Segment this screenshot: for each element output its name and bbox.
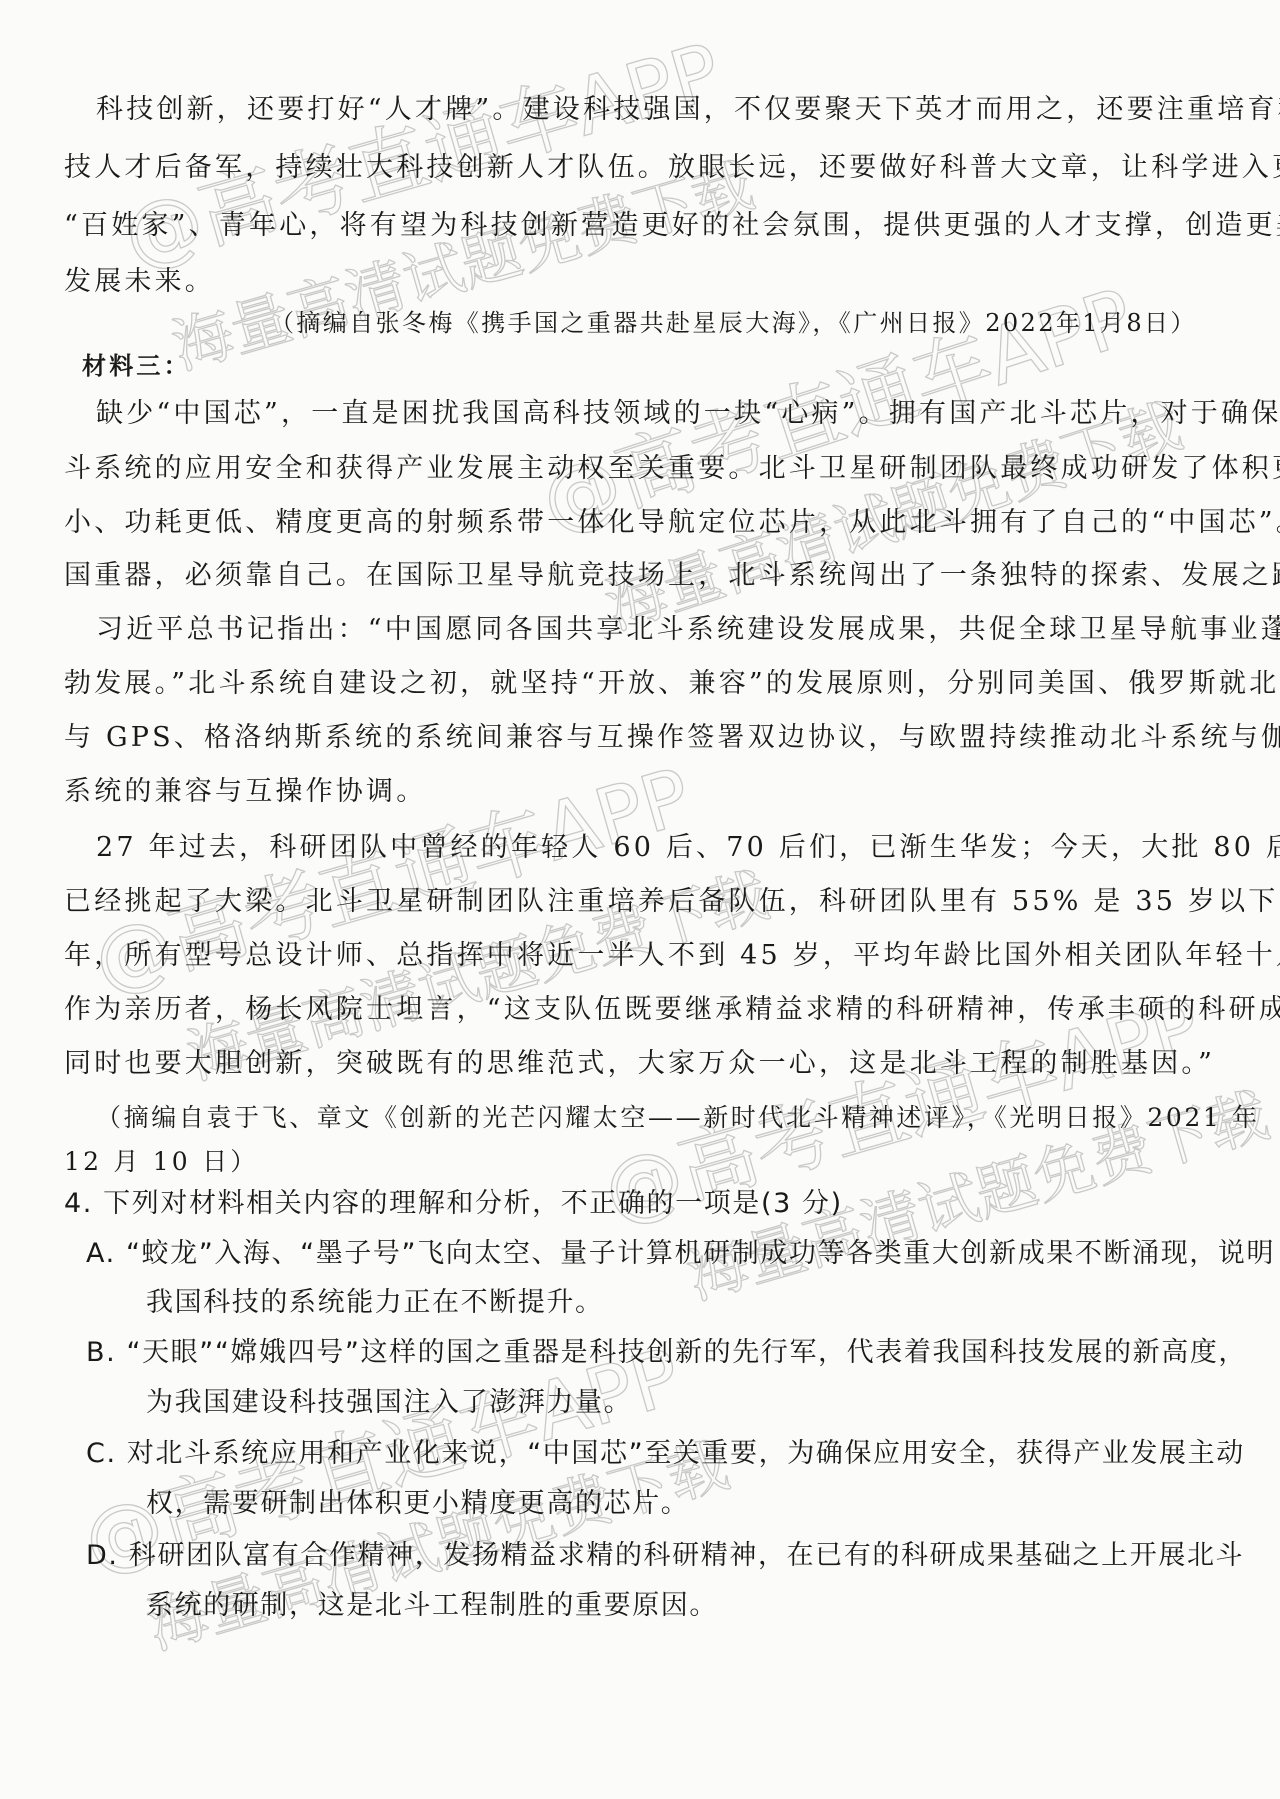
paragraph-line: 发展未来。 [64, 266, 215, 298]
section-heading: 材料三： [82, 350, 191, 382]
paragraph-line: 作为亲历者，杨长风院士坦言，“这支队伍既要继承精益求精的科研精神，传承丰硕的科研… [64, 994, 1280, 1026]
paragraph-line: 勃发展。”北斗系统自建设之初，就坚持“开放、兼容”的发展原则，分别同美国、俄罗斯… [64, 668, 1280, 700]
paragraph-line: 与 GPS、格洛纳斯系统的系统间兼容与互操作签署双边协议，与欧盟持续推动北斗系统… [64, 722, 1280, 754]
paragraph-line: 斗系统的应用安全和获得产业发展主动权至关重要。北斗卫星研制团队最终成功研发了体积… [64, 453, 1280, 485]
q4-option-c: C. 对北斗系统应用和产业化来说，“中国芯”至关重要，为确保应用安全，获得产业发… [86, 1438, 1245, 1470]
q4-option-d: D. 科研团队富有合作精神，发扬精益求精的科研精神，在已有的科研成果基础之上开展… [86, 1540, 1244, 1572]
q4-option-c-cont: 权，需要研制出体积更小精度更高的芯片。 [146, 1488, 689, 1520]
q4-option-b: B. “天眼”“嫦娥四号”这样的国之重器是科技创新的先行军，代表着我国科技发展的… [86, 1337, 1247, 1369]
paragraph-line: 已经挑起了大梁。北斗卫星研制团队注重培养后备队伍，科研团队里有 55% 是 35… [64, 886, 1280, 918]
paragraph-line: 科技创新，还要打好“人才牌”。建设科技强国，不仅要聚天下英才而用之，还要注重培育… [96, 94, 1280, 126]
paragraph-line: 同时也要大胆创新，突破既有的思维范式，大家万众一心，这是北斗工程的制胜基因。” [64, 1048, 1215, 1080]
paragraph-line: 年，所有型号总设计师、总指挥中将近一半人不到 45 岁，平均年龄比国外相关团队年… [64, 940, 1280, 972]
question-4-stem: 4. 下列对材料相关内容的理解和分析，不正确的一项是(3 分) [64, 1188, 843, 1220]
paragraph-line: 技人才后备军，持续壮大科技创新人才队伍。放眼长远，还要做好科普大文章，让科学进入… [64, 152, 1280, 184]
source-citation: 12 月 10 日） [64, 1146, 258, 1178]
paragraph-line: 27 年过去，科研团队中曾经的年轻人 60 后、70 后们，已渐生华发；今天，大… [96, 832, 1280, 864]
exam-page: @高考直通车APP 海量高清试题免费下载 @高考直通车APP 海量高清试题免费下… [0, 0, 1280, 1799]
paragraph-line: 缺少“中国芯”，一直是困扰我国高科技领域的一块“心病”。拥有国产北斗芯片，对于确… [96, 398, 1280, 430]
paragraph-line: 习近平总书记指出：“中国愿同各国共享北斗系统建设发展成果，共促全球卫星导航事业蓬 [96, 614, 1280, 646]
q4-option-b-cont: 为我国建设科技强国注入了澎湃力量。 [146, 1387, 632, 1419]
paragraph-line: 系统的兼容与互操作协调。 [64, 776, 426, 808]
paragraph-line: 小、功耗更低、精度更高的射频系带一体化导航定位芯片，从此北斗拥有了自己的“中国芯… [64, 507, 1280, 539]
source-citation: （摘编自袁于飞、章文《创新的光芒闪耀太空——新时代北斗精神述评》，《光明日报》2… [96, 1102, 1260, 1134]
source-citation: （摘编自张冬梅《携手国之重器共赴星辰大海》，《广州日报》2022年1月8日） [270, 307, 1197, 339]
paragraph-line: “百姓家”、青年心，将有望为科技创新营造更好的社会氛围，提供更强的人才支撑，创造… [64, 210, 1280, 242]
q4-option-a: A. “蛟龙”入海、“墨子号”飞向太空、量子计算机研制成功等各类重大创新成果不断… [86, 1238, 1275, 1270]
watermark: @高考直通车APP [109, 10, 731, 287]
q4-option-a-cont: 我国科技的系统能力正在不断提升。 [146, 1287, 604, 1319]
q4-option-d-cont: 系统的研制，这是北斗工程制胜的重要原因。 [146, 1590, 718, 1622]
paragraph-line: 国重器，必须靠自己。在国际卫星导航竞技场上，北斗系统闯出了一条独特的探索、发展之… [64, 560, 1280, 592]
